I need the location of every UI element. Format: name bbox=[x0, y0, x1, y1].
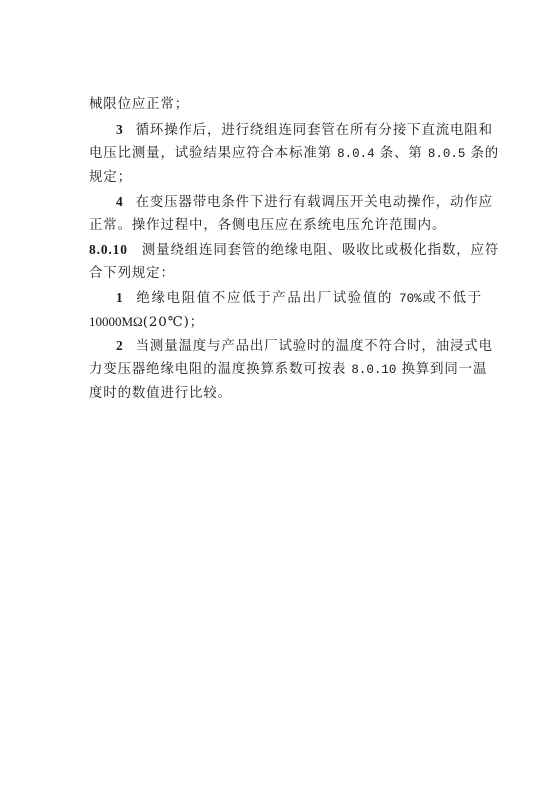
clause-number: 8.0.10 bbox=[89, 242, 128, 257]
text: 换算到同一温 bbox=[396, 362, 487, 377]
paragraph-line: 电压比测量，试验结果应符合本标准第 8.0.4 条、第 8.0.5 条的 bbox=[89, 144, 482, 164]
paragraph-line: 规定； bbox=[89, 168, 482, 188]
list-item-4: 4在变压器带电条件下进行有载调压开关电动操作，动作应 bbox=[89, 192, 482, 213]
text: 规定； bbox=[89, 170, 132, 185]
text: 绝缘电阻值不应低于产品出厂试验值的 bbox=[136, 291, 399, 306]
text: 循环操作后，进行绕组连同套管在所有分接下直流电阻和 bbox=[136, 123, 493, 138]
list-item-2: 2当测量温度与产品出厂试验时的温度不符合时，油浸式电 bbox=[89, 336, 482, 357]
percentage: 70% bbox=[399, 292, 422, 306]
clause-ref: 8.0.4 bbox=[337, 147, 375, 161]
text: 当测量温度与产品出厂试验时的温度不符合时，油浸式电 bbox=[136, 339, 493, 354]
text: 正常。操作过程中，各侧电压应在系统电压允许范围内。 bbox=[89, 218, 446, 233]
item-number: 4 bbox=[116, 194, 124, 209]
paragraph-line: 合下列规定： bbox=[89, 264, 482, 284]
clause-ref: 8.0.5 bbox=[428, 147, 466, 161]
text: 条、第 bbox=[375, 146, 428, 161]
text: 械限位应正常； bbox=[89, 97, 189, 112]
text: 合下列规定： bbox=[89, 266, 175, 281]
document-page: 械限位应正常； 3循环操作后，进行绕组连同套管在所有分接下直流电阻和 电压比测量… bbox=[0, 0, 546, 804]
table-ref: 8.0.10 bbox=[351, 363, 396, 377]
paragraph-line: 力变压器绝缘电阻的温度换算系数可按表 8.0.10 换算到同一温 bbox=[89, 360, 482, 380]
list-item-1: 1绝缘电阻值不应低于产品出厂试验值的 70%或不低于 bbox=[89, 288, 482, 309]
item-number: 3 bbox=[116, 122, 124, 137]
paragraph-line: 度时的数值进行比较。 bbox=[89, 384, 482, 404]
text: 电压比测量，试验结果应符合本标准第 bbox=[89, 146, 337, 161]
paragraph-line: 正常。操作过程中，各侧电压应在系统电压允许范围内。 bbox=[89, 216, 482, 236]
text: 在变压器带电条件下进行有载调压开关电动操作，动作应 bbox=[136, 195, 493, 210]
text: 测量绕组连同套管的绝缘电阻、吸收比或极化指数，应符 bbox=[142, 243, 499, 258]
item-number: 1 bbox=[116, 290, 124, 305]
item-number: 2 bbox=[116, 338, 124, 353]
text: 或不低于 bbox=[422, 291, 482, 306]
resistance-value: 10000MΩ bbox=[89, 314, 143, 329]
list-item-3: 3循环操作后，进行绕组连同套管在所有分接下直流电阻和 bbox=[89, 120, 482, 141]
clause-8-0-10: 8.0.10测量绕组连同套管的绝缘电阻、吸收比或极化指数，应符 bbox=[89, 240, 482, 261]
text: (20℃)； bbox=[143, 315, 204, 330]
text: 条的 bbox=[465, 146, 499, 161]
paragraph-line: 械限位应正常； bbox=[89, 95, 482, 115]
paragraph-line: 10000MΩ(20℃)； bbox=[89, 312, 482, 333]
text: 度时的数值进行比较。 bbox=[89, 386, 232, 401]
text: 力变压器绝缘电阻的温度换算系数可按表 bbox=[89, 362, 351, 377]
